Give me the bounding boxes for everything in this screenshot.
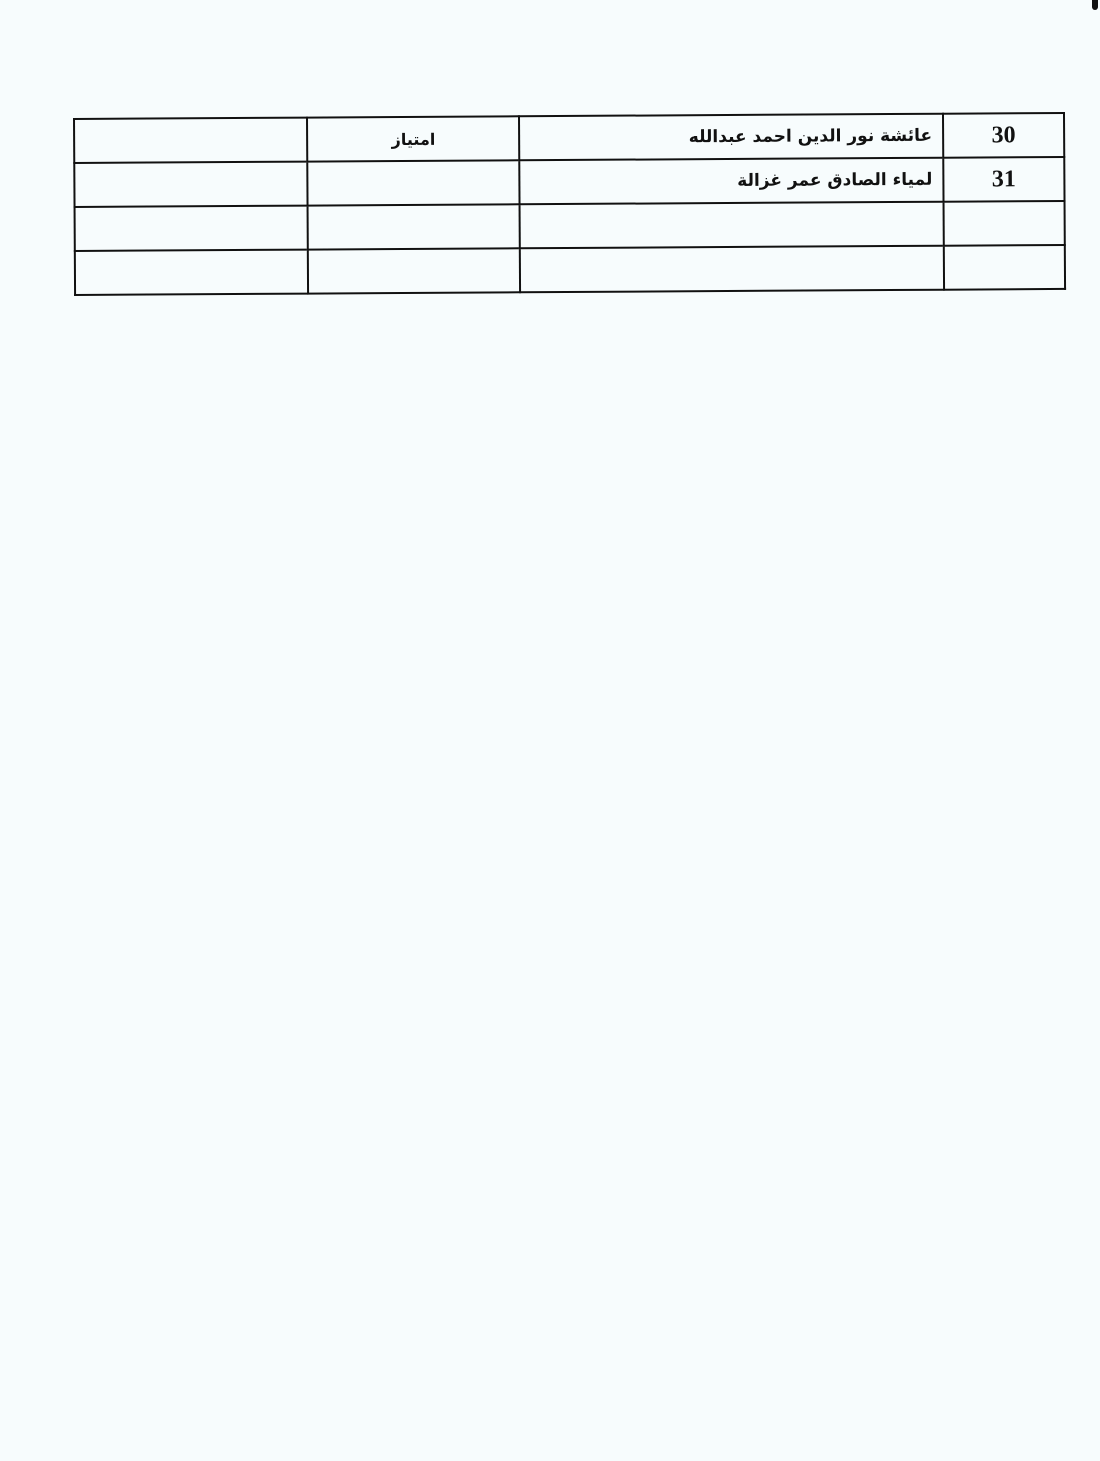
row-number: 30: [943, 113, 1064, 158]
notes: [74, 118, 308, 163]
table-row: [75, 245, 1065, 295]
notes: [75, 250, 309, 295]
row-number: [943, 201, 1064, 246]
scan-artifact: [1092, 0, 1098, 10]
table-row: 31 لمياء الصادق عمر غزالة: [74, 157, 1064, 207]
students-table: 30 عائشة نور الدين احمد عبدالله امتياز 3…: [73, 112, 1066, 296]
student-name: لمياء الصادق عمر غزالة: [520, 158, 944, 205]
row-number: [944, 245, 1065, 290]
grade: [308, 204, 520, 249]
grade: امتياز: [307, 116, 519, 161]
student-name: عائشة نور الدين احمد عبدالله: [519, 114, 943, 161]
notes: [74, 162, 308, 207]
notes: [75, 206, 309, 251]
row-number: 31: [943, 157, 1064, 202]
student-name: [520, 246, 944, 293]
table-row: [75, 201, 1065, 251]
grade: [308, 160, 520, 205]
table-row: 30 عائشة نور الدين احمد عبدالله امتياز: [74, 113, 1064, 163]
student-name: [520, 202, 944, 249]
grade: [308, 248, 520, 293]
